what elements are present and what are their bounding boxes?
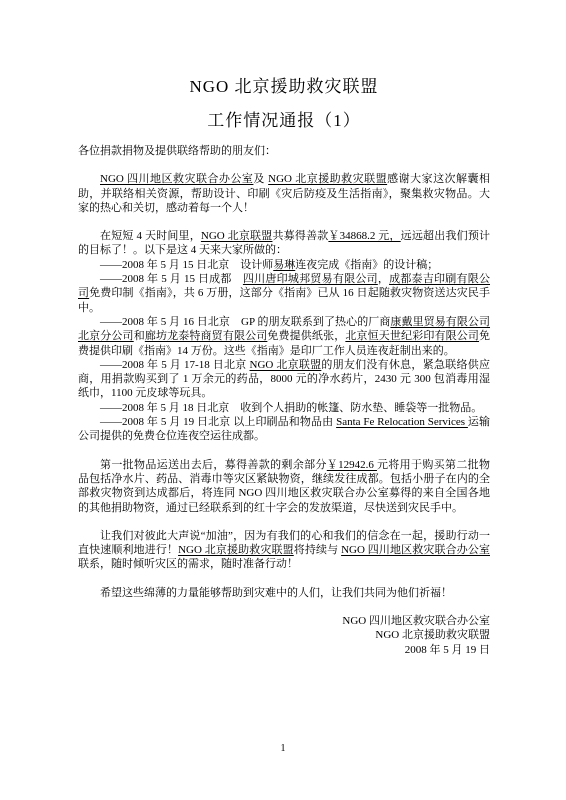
blessing-paragraph: 希望这些绵薄的力量能够帮助到灾难中的人们，让我们共同为他们祈福！ [78,586,490,600]
text-run: ， [378,273,389,285]
signature-line-date: 2008 年 5 月 19 日 [78,643,490,657]
text-run: 联系，随时倾听灾区的需求，随时准备行动！ [78,558,298,570]
salutation: 各位捐款捐物及提供联络帮助的朋友们： [78,144,490,158]
text-run: 共募得善款 [272,230,328,242]
document-title: NGO 北京援助救灾联盟 [78,70,490,104]
text-run: ——2008 年 5 月 15 日成都 [100,273,243,285]
timeline-item-may15-chengdu: ——2008 年 5 月 15 日成都 四川唐印城邦贸易有限公司，成都泰吉印刷有… [78,272,490,315]
text-run: 连夜完成《指南》的设计稿； [295,259,438,271]
text-run: ——2008 年 5 月 19 日北京 以上印刷品和物品由 [100,416,336,428]
intro-paragraph: NGO 四川地区救灾联合办公室及 NGO 北京援助救灾联盟感谢大家这次解囊相助，… [78,172,490,215]
timeline-item-may15-beijing: ——2008 年 5 月 15 日北京 设计师易琳连夜完成《指南》的设计稿； [78,258,490,272]
document-page: NGO 北京援助救灾联盟 工作情况通报（1） 各位捐款捐物及提供联络帮助的朋友们… [0,0,566,800]
text-run: 第一批物品运送出去后，募得善款的剩余部分 [100,459,327,471]
signature-line-office: NGO 四川地区救灾联合办公室 [78,614,490,628]
text-run: 在短短 4 天时间里， [100,230,201,242]
underlined-text: ￥12942.6 [327,459,377,471]
underlined-text: NGO 北京联盟 [250,359,322,371]
second-batch-paragraph: 第一批物品运送出去后，募得善款的剩余部分￥12942.6 元将用于购买第二批物品… [78,458,490,515]
underlined-text: NGO 四川地区救灾联合办公室 [100,173,253,185]
text-run: 免费印制《指南》，共 6 万册，这部分《指南》已从 16 日起随救灾物资送达灾民… [78,287,490,313]
underlined-text: ￥34868.2 元， [328,230,400,242]
text-run: ——2008 年 5 月 18 日北京 收到个人捐助的帐篷、防水垫、睡袋等一批物… [100,402,482,414]
underlined-text: NGO 四川地区救灾联合办公室 [341,544,490,556]
timeline-item-may17-18-beijing: ——2008 年 5 月 17-18 日北京 NGO 北京联盟的朋友们没有休息，… [78,358,490,401]
underlined-text: Santa Fe Relocation Services [336,416,468,428]
timeline-item-may16-beijing: ——2008 年 5 月 16 日北京 GP 的朋友联系到了热心的厂商康戴里贸易… [78,315,490,358]
document-content: NGO 北京援助救灾联盟 工作情况通报（1） 各位捐款捐物及提供联络帮助的朋友们… [78,70,490,657]
underlined-text: 易琳 [273,259,295,271]
text-run: ——2008 年 5 月 16 日北京 GP 的朋友联系到了热心的厂商 [100,316,390,328]
timeline-item-may18-beijing: ——2008 年 5 月 18 日北京 收到个人捐助的帐篷、防水垫、睡袋等一批物… [78,401,490,415]
underlined-text: NGO 北京援助救灾联盟 [268,173,387,185]
text-run: 各位捐款捐物及提供联络帮助的朋友们： [78,145,276,157]
text-run: 及 [253,173,268,185]
underlined-text: 廊坊龙泰特商贸有限公司 [145,330,268,342]
underlined-text: 四川唐印城邦贸易有限公司 [243,273,378,285]
text-run: ——2008 年 5 月 15 日北京 设计师 [100,259,273,271]
underlined-text: NGO 北京援助救灾联盟 [178,544,294,556]
fundraising-summary-paragraph: 在短短 4 天时间里，NGO 北京联盟共募得善款￥34868.2 元，远远超出我… [78,229,490,258]
text-run: 和 [134,330,145,342]
timeline-item-may19-beijing: ——2008 年 5 月 19 日北京 以上印刷品和物品由 Santa Fe R… [78,415,490,444]
underlined-text: NGO 北京联盟 [201,230,273,242]
signature-line-alliance: NGO 北京援助救灾联盟 [78,628,490,642]
text-run: 将持续与 [294,544,341,556]
text-run: 免费提供纸张， [267,330,345,342]
encouragement-paragraph: 让我们对彼此大声说“加油”，因为有我们的心和我们的信念在一起，援助行动一直快速顺… [78,529,490,572]
text-run: 希望这些绵薄的力量能够帮助到灾难中的人们，让我们共同为他们祈福！ [100,587,452,599]
text-run: ——2008 年 5 月 17-18 日北京 [100,359,250,371]
document-body: 各位捐款捐物及提供联络帮助的朋友们：NGO 四川地区救灾联合办公室及 NGO 北… [78,144,490,600]
signature-block: NGO 四川地区救灾联合办公室 NGO 北京援助救灾联盟 2008 年 5 月 … [78,614,490,657]
underlined-text: 北京恒天世纪彩印有限公司 [345,330,479,342]
page-number: 1 [0,742,566,756]
document-subtitle: 工作情况通报（1） [78,104,490,138]
